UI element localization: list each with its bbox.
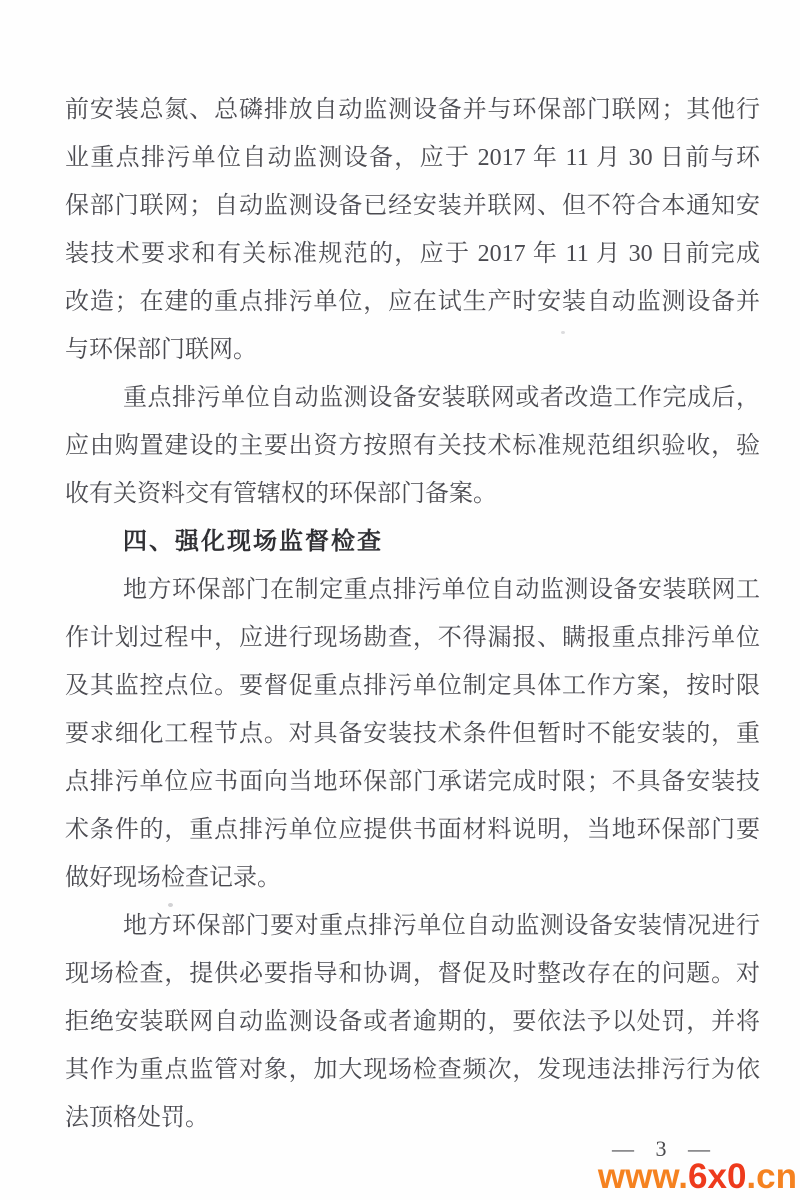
- text-line: 业重点排污单位自动监测设备，应于 2017 年 11 月 30 日前与环: [65, 134, 760, 182]
- scan-speck: [561, 331, 565, 334]
- text-line: 应由购置建设的主要出资方按照有关技术标准规范组织验收，验: [65, 422, 760, 470]
- text-line: 重点排污单位自动监测设备安装联网或者改造工作完成后，: [65, 374, 760, 422]
- text-line: 点排污单位应书面向当地环保部门承诺完成时限；不具备安装技: [65, 758, 760, 806]
- text-line: 地方环保部门要对重点排污单位自动监测设备安装情况进行: [65, 902, 760, 950]
- paragraph: 前安装总氮、总磷排放自动监测设备并与环保部门联网；其他行业重点排污单位自动监测设…: [65, 86, 760, 374]
- text-line: 前安装总氮、总磷排放自动监测设备并与环保部门联网；其他行: [65, 86, 760, 134]
- paragraph: 地方环保部门在制定重点排污单位自动监测设备安装联网工作计划过程中，应进行现场勘查…: [65, 566, 760, 902]
- text-line: 保部门联网；自动监测设备已经安装并联网、但不符合本通知安: [65, 182, 760, 230]
- heading-line: 四、强化现场监督检查: [65, 518, 760, 566]
- text-line: 其作为重点监管对象，加大现场检查频次，发现违法排污行为依: [65, 1046, 760, 1094]
- text-line: 及其监控点位。要督促重点排污单位制定具体工作方案，按时限: [65, 662, 760, 710]
- paragraph: 重点排污单位自动监测设备安装联网或者改造工作完成后，应由购置建设的主要出资方按照…: [65, 374, 760, 518]
- text-line: 装技术要求和有关标准规范的，应于 2017 年 11 月 30 日前完成: [65, 230, 760, 278]
- scan-speck: [168, 903, 173, 907]
- text-line: 改造；在建的重点排污单位，应在试生产时安装自动监测设备并: [65, 278, 760, 326]
- text-line: 地方环保部门在制定重点排污单位自动监测设备安装联网工: [65, 566, 760, 614]
- text-line: 收有关资料交有管辖权的环保部门备案。: [65, 470, 760, 518]
- paragraph: 地方环保部门要对重点排污单位自动监测设备安装情况进行现场检查，提供必要指导和协调…: [65, 902, 760, 1142]
- text-line: 与环保部门联网。: [65, 326, 760, 374]
- watermark-www: www.: [598, 1157, 688, 1196]
- text-line: 作计划过程中，应进行现场勘查，不得漏报、瞒报重点排污单位: [65, 614, 760, 662]
- text-line: 拒绝安装联网自动监测设备或者逾期的，要依法予以处罚，并将: [65, 998, 760, 1046]
- watermark: www.6x0.cn: [598, 1158, 797, 1196]
- watermark-domain: 6x0: [688, 1157, 746, 1196]
- page: 前安装总氮、总磷排放自动监测设备并与环保部门联网；其他行业重点排污单位自动监测设…: [0, 0, 800, 1200]
- text-line: 现场检查，提供必要指导和协调，督促及时整改存在的问题。对: [65, 950, 760, 998]
- document-body: 前安装总氮、总磷排放自动监测设备并与环保部门联网；其他行业重点排污单位自动监测设…: [65, 86, 760, 1142]
- watermark-tld: .cn: [746, 1157, 797, 1196]
- text-line: 术条件的，重点排污单位应提供书面材料说明，当地环保部门要: [65, 806, 760, 854]
- text-line: 做好现场检查记录。: [65, 854, 760, 902]
- text-line: 要求细化工程节点。对具备安装技术条件但暂时不能安装的，重: [65, 710, 760, 758]
- text-line: 法顶格处罚。: [65, 1094, 760, 1142]
- section-heading: 四、强化现场监督检查: [65, 518, 760, 566]
